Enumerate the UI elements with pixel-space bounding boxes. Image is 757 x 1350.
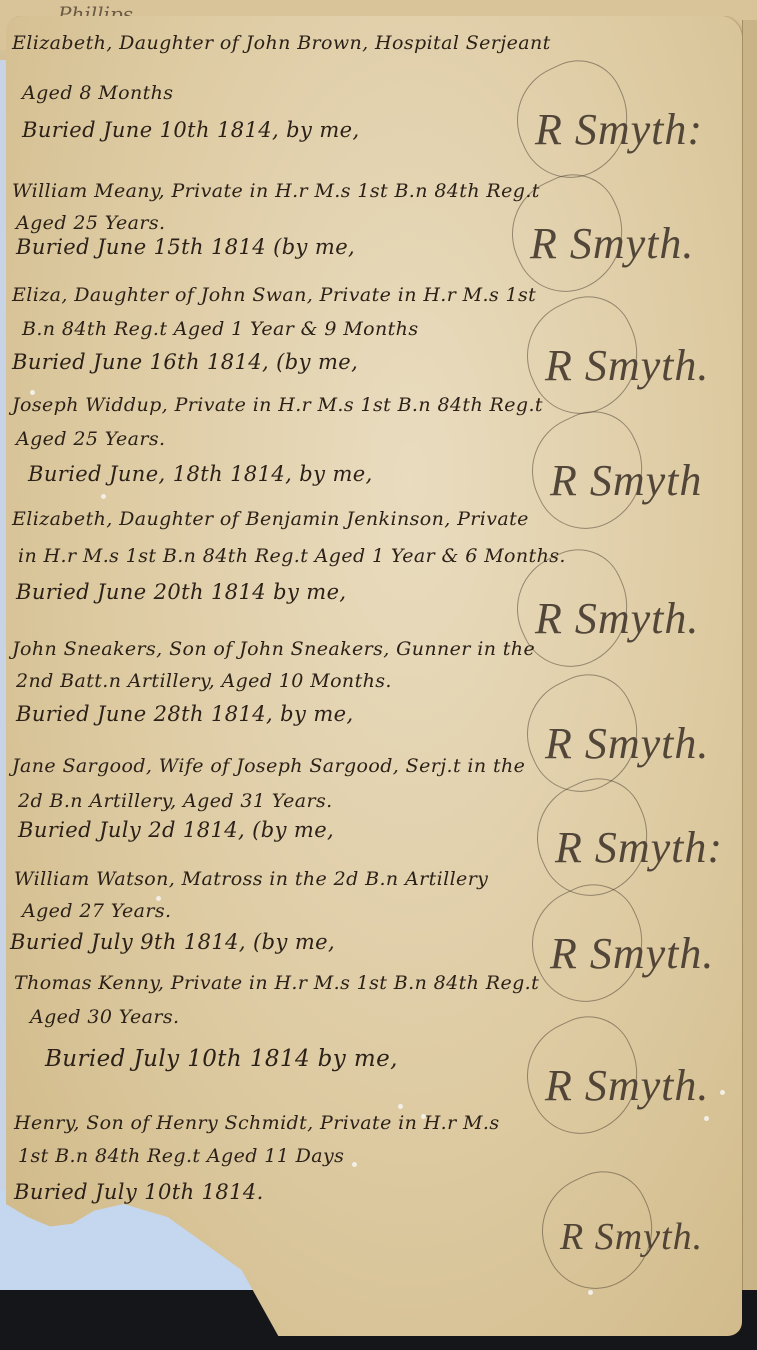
signature: R Smyth. <box>545 340 709 391</box>
entry-line: Henry, Son of Henry Schmidt, Private in … <box>14 1112 500 1134</box>
paper-speck <box>156 896 161 901</box>
signature-flourish-icon <box>514 397 663 546</box>
signature-flourish-icon <box>524 1157 673 1306</box>
entry-line: B.n 84th Reg.t Aged 1 Year & 9 Months <box>22 318 418 340</box>
signature-flourish-icon <box>499 46 648 195</box>
paper-speck <box>421 1114 426 1119</box>
paper-speck <box>704 1116 709 1121</box>
entry-line: William Meany, Private in H.r M.s 1st B.… <box>12 180 540 202</box>
paper-speck <box>588 1290 593 1295</box>
entry-line: in H.r M.s 1st B.n 84th Reg.t Aged 1 Yea… <box>18 545 566 567</box>
burial-line: Buried June 10th 1814, by me, <box>22 118 360 142</box>
entry-line: John Sneakers, Son of John Sneakers, Gun… <box>12 638 535 660</box>
paper-speck <box>30 390 35 395</box>
burial-line: Buried June 16th 1814, (by me, <box>12 350 358 374</box>
signature: R Smyth. <box>560 1215 703 1259</box>
entry-line: Joseph Widdup, Private in H.r M.s 1st B.… <box>12 394 543 416</box>
paper-speck <box>720 1090 725 1095</box>
paper-speck <box>398 1104 403 1109</box>
signature-flourish-icon <box>509 1002 658 1151</box>
entry-line: 2nd Batt.n Artillery, Aged 10 Months. <box>16 670 392 692</box>
entry-line: Aged 30 Years. <box>30 1006 179 1028</box>
signature: R Smyth: <box>535 104 703 155</box>
burial-line: Buried June 28th 1814, by me, <box>16 702 354 726</box>
entry-line: Jane Sargood, Wife of Joseph Sargood, Se… <box>12 755 525 777</box>
entry-line: Aged 8 Months <box>22 82 173 104</box>
entry-line: 2d B.n Artillery, Aged 31 Years. <box>18 790 333 812</box>
burial-line: Buried June 20th 1814 by me, <box>16 580 347 604</box>
entry-line: Elizabeth, Daughter of John Brown, Hospi… <box>12 32 551 54</box>
burial-entries: Elizabeth, Daughter of John Brown, Hospi… <box>0 0 757 1350</box>
burial-line: Buried July 10th 1814. <box>14 1180 264 1204</box>
burial-line: Buried July 2d 1814, (by me, <box>18 818 334 842</box>
signature: R Smyth. <box>545 1060 709 1111</box>
paper-speck <box>352 1162 357 1167</box>
burial-line: Buried July 9th 1814, (by me, <box>10 930 335 954</box>
entry-line: Elizabeth, Daughter of Benjamin Jenkinso… <box>12 508 529 530</box>
signature: R Smyth. <box>530 218 694 269</box>
signature: R Smyth <box>550 455 702 506</box>
entry-line: 1st B.n 84th Reg.t Aged 11 Days <box>18 1145 344 1167</box>
burial-line: Buried July 10th 1814 by me, <box>45 1046 398 1072</box>
entry-line: Thomas Kenny, Private in H.r M.s 1st B.n… <box>14 972 539 994</box>
entry-line: Aged 25 Years. <box>16 212 165 234</box>
burial-line: Buried June, 18th 1814, by me, <box>28 462 373 486</box>
burial-line: Buried June 15th 1814 (by me, <box>16 235 355 259</box>
entry-line: Eliza, Daughter of John Swan, Private in… <box>12 284 536 306</box>
signature: R Smyth. <box>545 718 709 769</box>
signature: R Smyth. <box>535 593 699 644</box>
entry-line: Aged 27 Years. <box>22 900 171 922</box>
signature: R Smyth: <box>555 822 723 873</box>
paper-speck <box>101 494 106 499</box>
entry-line: William Watson, Matross in the 2d B.n Ar… <box>14 868 488 890</box>
signature-flourish-icon <box>514 870 663 1019</box>
signature: R Smyth. <box>550 928 714 979</box>
entry-line: Aged 25 Years. <box>16 428 165 450</box>
